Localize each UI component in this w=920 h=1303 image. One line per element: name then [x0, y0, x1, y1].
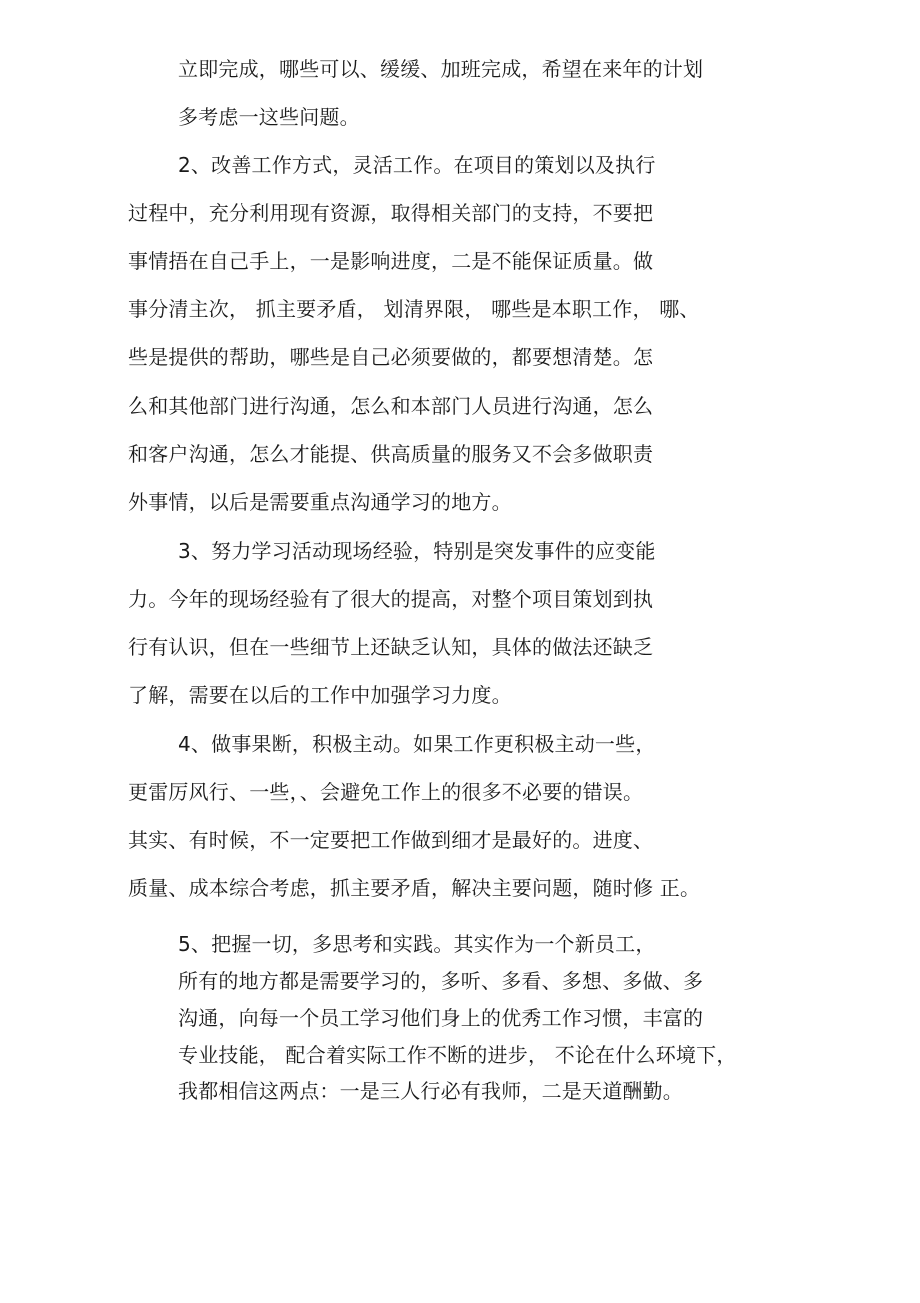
- text-line: 3、努力学习活动现场经验，特别是突发事件的应变能: [178, 539, 656, 563]
- text-line: 所有的地方都是需要学习的，多听、多看、多想、多做、多: [178, 969, 703, 993]
- text-line: 多考虑一这些问题。: [178, 105, 360, 129]
- text-line: 事情捂在自己手上，一是影响进度，二是不能保证质量。做: [128, 249, 653, 273]
- text-line: 和客户沟通，怎么才能提、供高质量的服务又不会多做职责: [128, 442, 653, 466]
- text-line: 沟通，向每一个员工学习他们身上的优秀工作习惯，丰富的: [178, 1006, 703, 1030]
- text-line: 事分清主次， 抓主要矛盾， 划清界限， 哪些是本职工作， 哪、: [128, 297, 700, 321]
- text-line: 力。今年的现场经验有了很大的提高，对整个项目策划到执: [128, 587, 653, 611]
- text-line: 5、把握一切，多思考和实践。其实作为一个新员工，: [178, 932, 656, 956]
- text-line: 些是提供的帮助，哪些是自己必须要做的，都要想清楚。怎: [128, 345, 653, 369]
- text-line: 立即完成，哪些可以、缓缓、加班完成，希望在来年的计划: [178, 57, 703, 81]
- text-line: 其实、有时候，不一定要把工作做到细才是最好的。进度、: [128, 828, 653, 852]
- text-line: 过程中，充分利用现有资源，取得相关部门的支持，不要把: [128, 201, 653, 225]
- text-line: 我都相信这两点：一是三人行必有我师，二是天道酬勤。: [178, 1079, 683, 1103]
- text-line: 专业技能， 配合着实际工作不断的进步， 不论在什么环境下，: [178, 1043, 737, 1067]
- text-line: 4、做事果断，积极主动。如果工作更积极主动一些，: [178, 732, 656, 756]
- text-line: 质量、成本综合考虑，抓主要矛盾，解决主要问题，随时修 正。: [128, 876, 700, 900]
- text-line: 了解，需要在以后的工作中加强学习力度。: [128, 683, 512, 707]
- text-line: 么和其他部门进行沟通，怎么和本部门人员进行沟通，怎么: [128, 394, 653, 418]
- text-line: 行有认识，但在一些细节上还缺乏认知，具体的做法还缺乏: [128, 635, 653, 659]
- text-line: 2、改善工作方式，灵活工作。在项目的策划以及执行: [178, 153, 656, 177]
- text-line: 外事情，以后是需要重点沟通学习的地方。: [128, 490, 512, 514]
- text-line: 更雷厉风行、一些，、会避免工作上的很多不必要的错误。: [128, 780, 643, 804]
